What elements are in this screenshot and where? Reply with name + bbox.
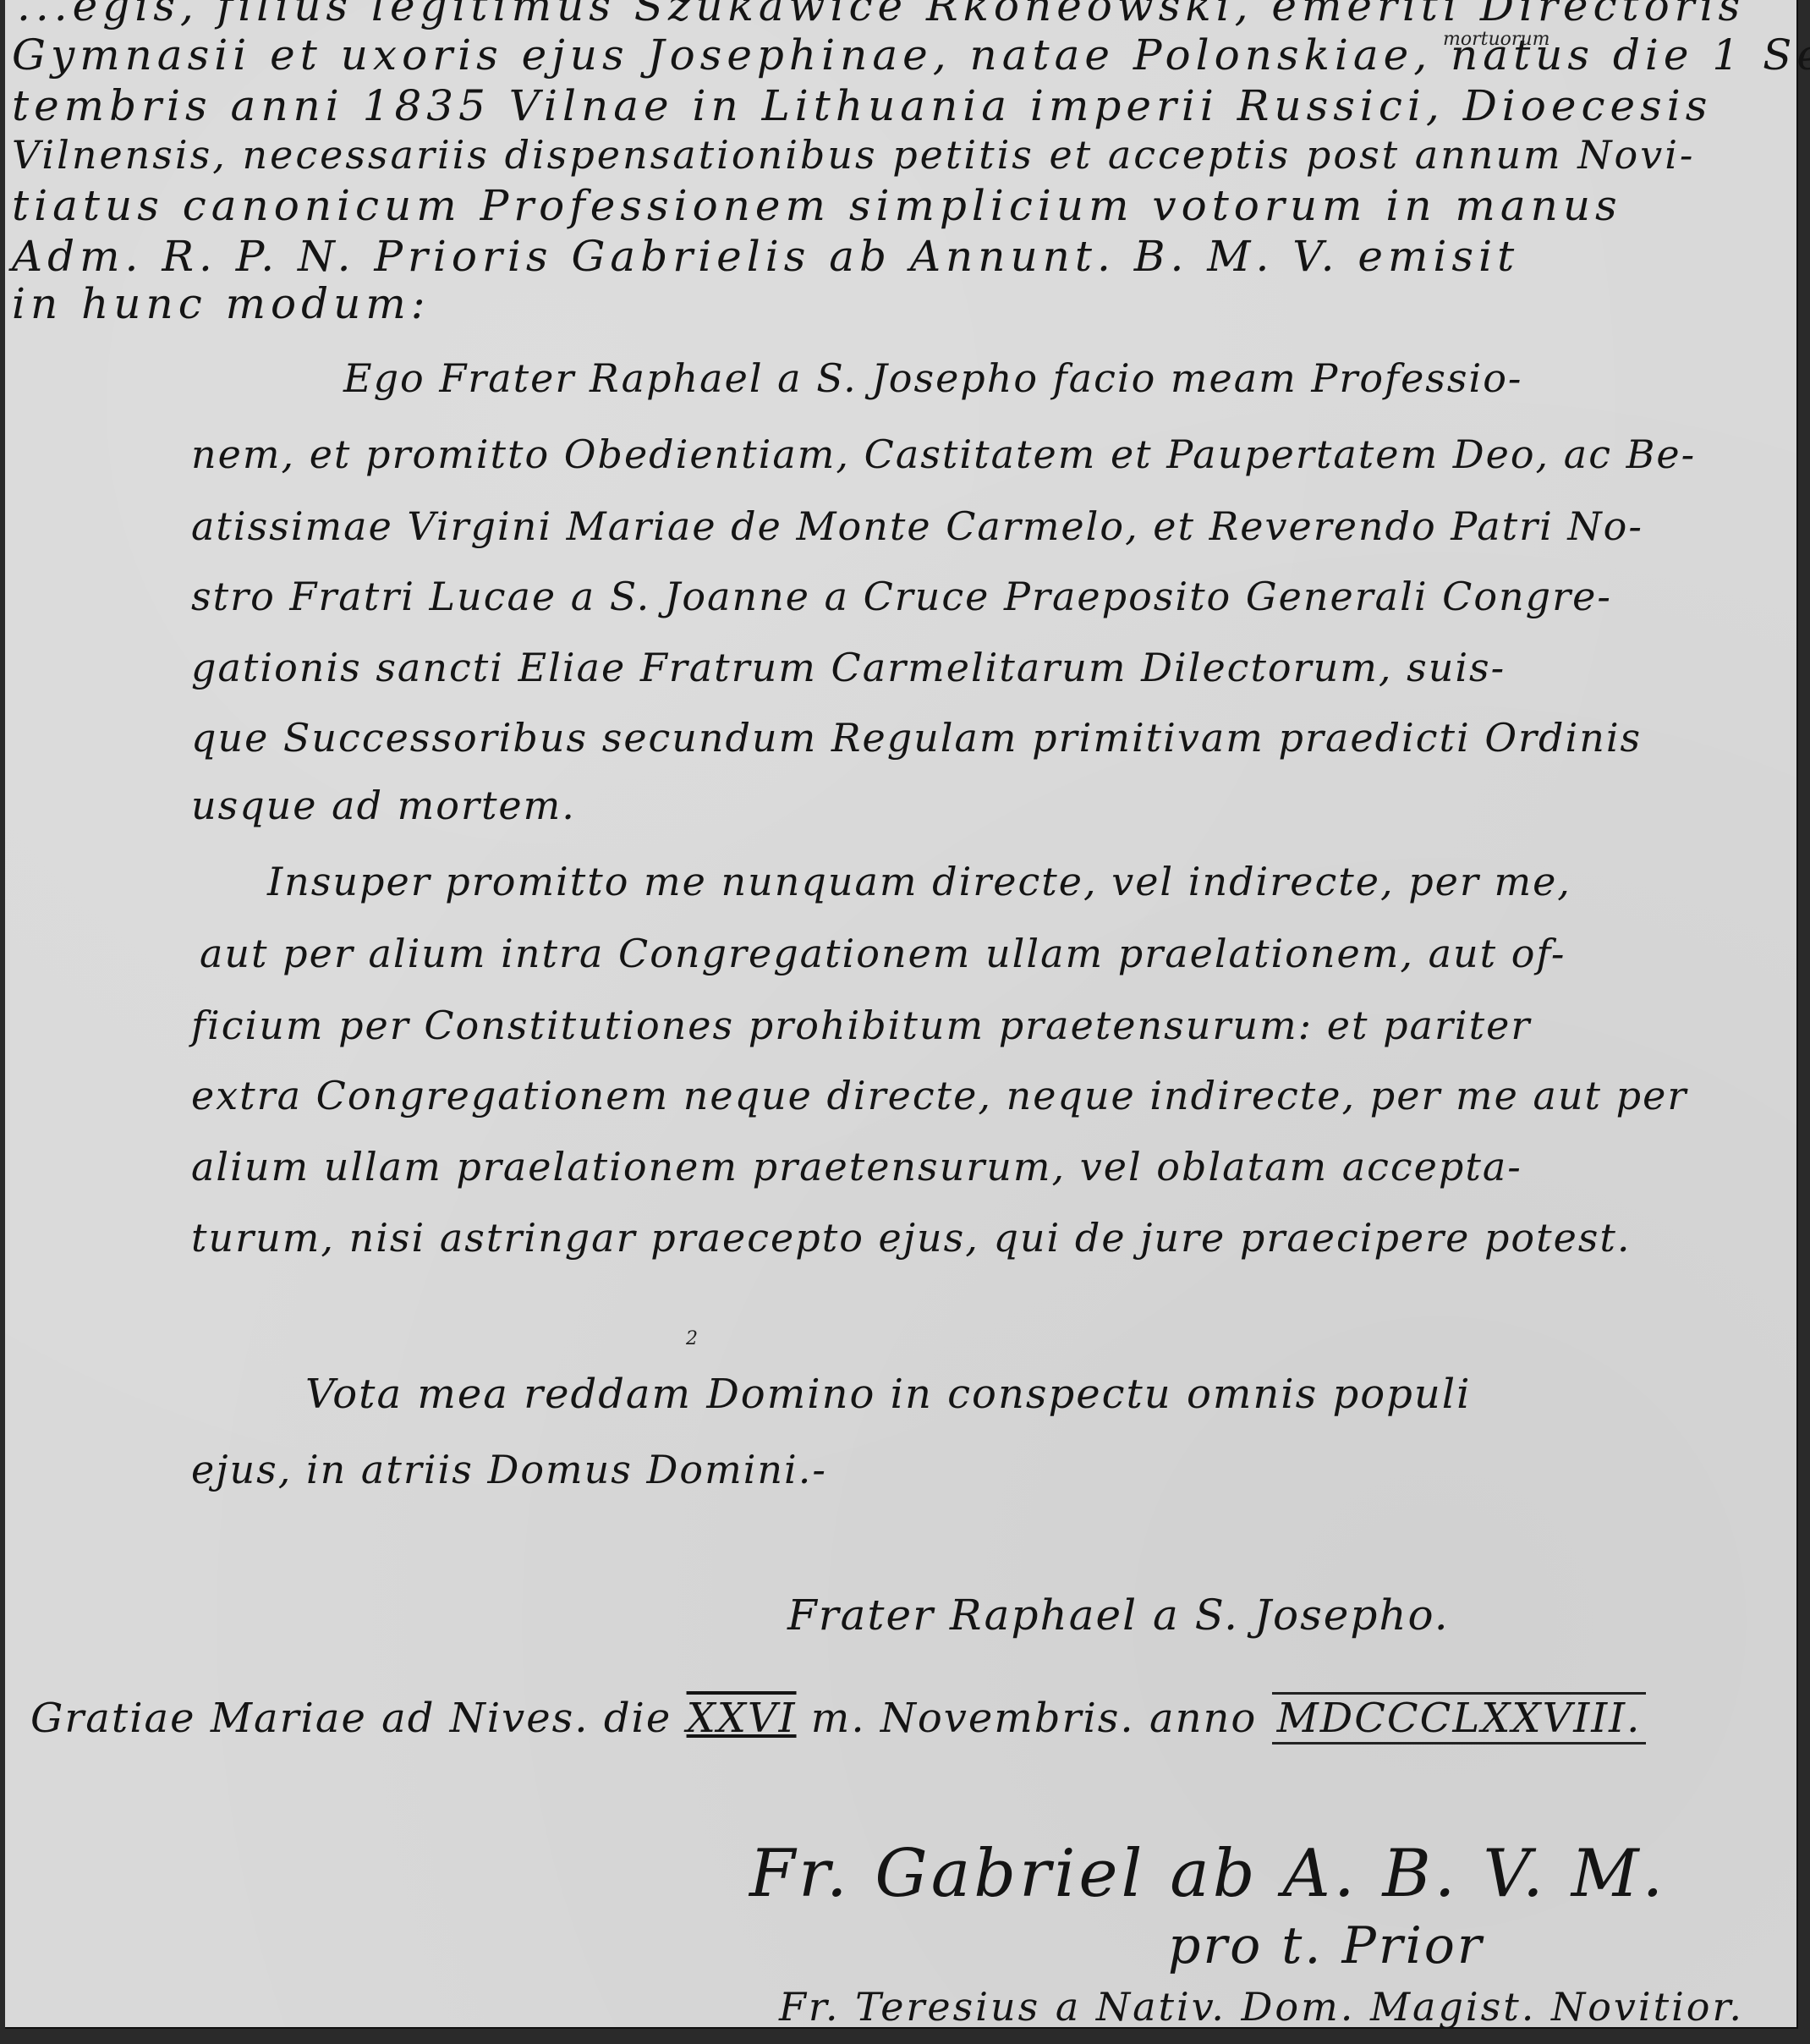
vota-superscript: 2 xyxy=(686,1328,698,1349)
month-name: m. Novembris. xyxy=(811,1695,1135,1742)
profession-line-3: atissimae Virgini Mariae de Monte Carmel… xyxy=(191,503,1643,549)
prior-signature: Fr. Gabriel ab A. B. V. M. xyxy=(749,1836,1666,1912)
header-superscript: mortuorum xyxy=(1443,29,1549,50)
novice-master-signature: Fr. Teresius a Nativ. Dom. Magist. Novit… xyxy=(779,1984,1744,2030)
profession-line-6: que Successoribus secundum Regulam primi… xyxy=(191,715,1642,761)
year-roman-numeral: MDCCCLXXVIII. xyxy=(1272,1692,1647,1745)
prior-title: pro t. Prior xyxy=(1168,1916,1484,1975)
professed-signature: Frater Raphael a S. Josepho. xyxy=(787,1591,1450,1640)
die-label: die xyxy=(604,1695,672,1742)
profession-line-5: gationis sancti Eliae Fratrum Carmelitar… xyxy=(191,645,1506,690)
header-line-3: tembris anni 1835 Vilnae in Lithuania im… xyxy=(12,81,1712,130)
insuper-line-5: alium ullam praelationem praetensurum, v… xyxy=(191,1144,1522,1190)
insuper-line-6: turum, nisi astringar praecepto ejus, qu… xyxy=(191,1215,1632,1261)
place-name: Gratiae Mariae ad Nives. xyxy=(30,1695,590,1742)
insuper-line-4: extra Congregationem neque directe, nequ… xyxy=(191,1073,1687,1118)
header-line-6: Adm. R. P. N. Prioris Gabrielis ab Annun… xyxy=(12,232,1519,281)
profession-line-2: nem, et promitto Obedientiam, Castitatem… xyxy=(191,431,1696,477)
insuper-line-2: aut per alium intra Congregationem ullam… xyxy=(200,931,1566,976)
profession-line-4: stro Fratri Lucae a S. Joanne a Cruce Pr… xyxy=(191,574,1612,619)
profession-line-1: Ego Frater Raphael a S. Josepho facio me… xyxy=(343,355,1522,401)
place-date-line: Gratiae Mariae ad Nives. die XXVI m. Nov… xyxy=(30,1692,1646,1745)
vota-line-2: ejus, in atriis Domus Domini.- xyxy=(191,1447,827,1492)
header-line-1: ...egis, filius legitimus Szukawice Rkon… xyxy=(17,0,1745,30)
day-roman-numeral: XXVI xyxy=(687,1695,797,1742)
insuper-line-1: Insuper promitto me nunquam directe, vel… xyxy=(267,859,1571,904)
insuper-line-3: ficium per Constitutiones prohibitum pra… xyxy=(191,1003,1531,1048)
profession-line-7: usque ad mortem. xyxy=(191,783,576,828)
vota-line-1: Vota mea reddam Domino in conspectu omni… xyxy=(305,1371,1472,1418)
header-line-5: tiatus canonicum Professionem simplicium… xyxy=(12,181,1622,230)
anno-label: anno xyxy=(1149,1695,1257,1742)
header-line-7: in hunc modum: xyxy=(12,279,431,328)
document-page: ...egis, filius legitimus Szukawice Rkon… xyxy=(5,0,1798,2029)
header-line-4: Vilnensis, necessariis dispensationibus … xyxy=(12,132,1695,178)
